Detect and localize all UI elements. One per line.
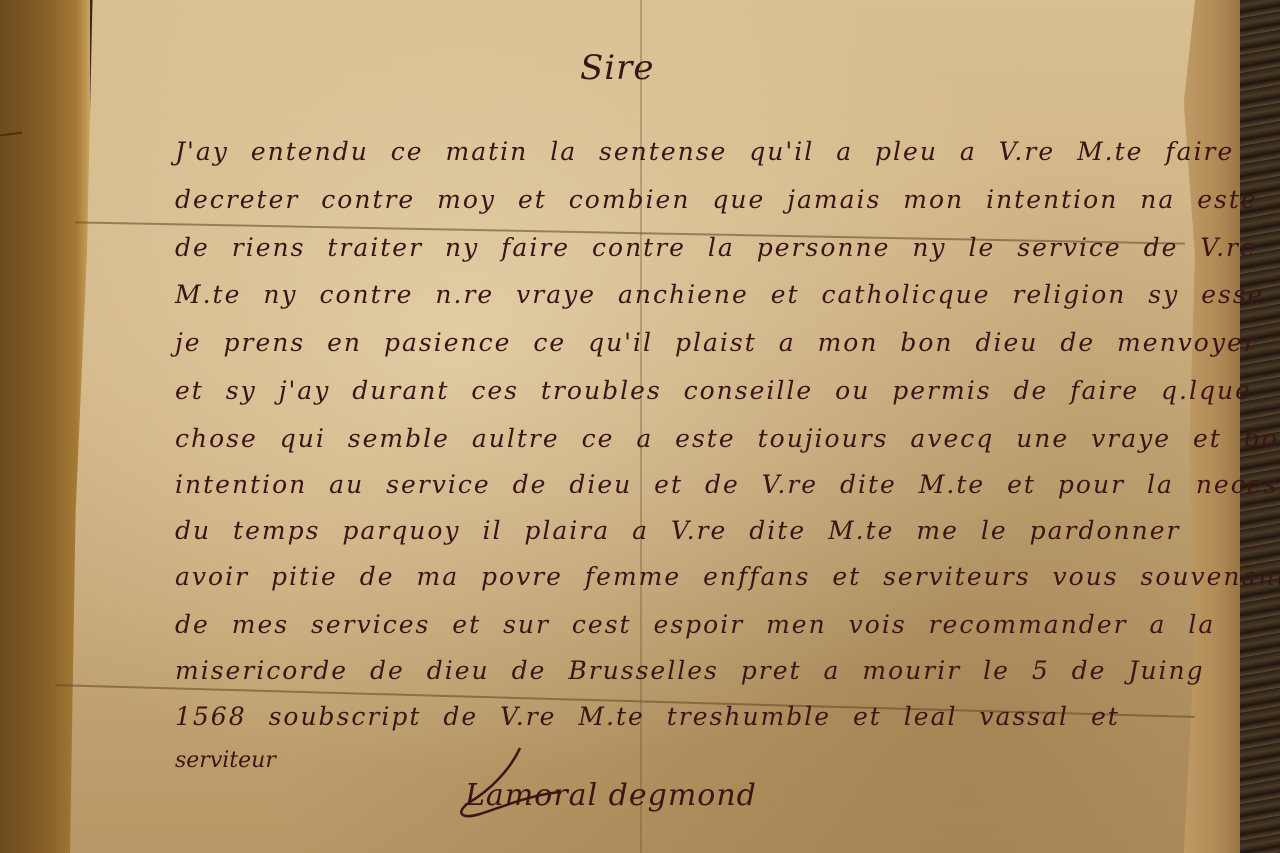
body-line: de riens traiter ny faire contre la pers… (175, 233, 1257, 262)
body-line: 1568 soubscript de V.re M.te treshumble … (175, 702, 1120, 731)
body-line: et sy j'ay durant ces troubles conseille… (175, 376, 1252, 405)
body-line: je prens en pasience ce qu'il plaist a m… (175, 328, 1258, 357)
body-line: misericorde de dieu de Brusselles pret a… (175, 656, 1205, 685)
body-line: decreter contre moy et combien que jamai… (175, 185, 1258, 214)
body-line: de mes services et sur cest espoir men v… (175, 610, 1215, 639)
body-line: chose qui semble aultre ce a este toujio… (175, 424, 1280, 453)
salutation: Sire (580, 48, 655, 88)
body-line: du temps parquoy il plaira a V.re dite M… (175, 516, 1180, 545)
body-line: J'ay entendu ce matin la sentense qu'il … (175, 137, 1234, 166)
body-line: M.te ny contre n.re vraye anchiene et ca… (175, 280, 1280, 309)
backing-mark (0, 123, 22, 136)
body-line: intention au service de dieu et de V.re … (175, 470, 1280, 499)
closing: serviteur (175, 748, 276, 773)
signature-flourish-icon (450, 740, 590, 820)
body-line: avoir pitie de ma povre femme enffans et… (175, 562, 1280, 591)
